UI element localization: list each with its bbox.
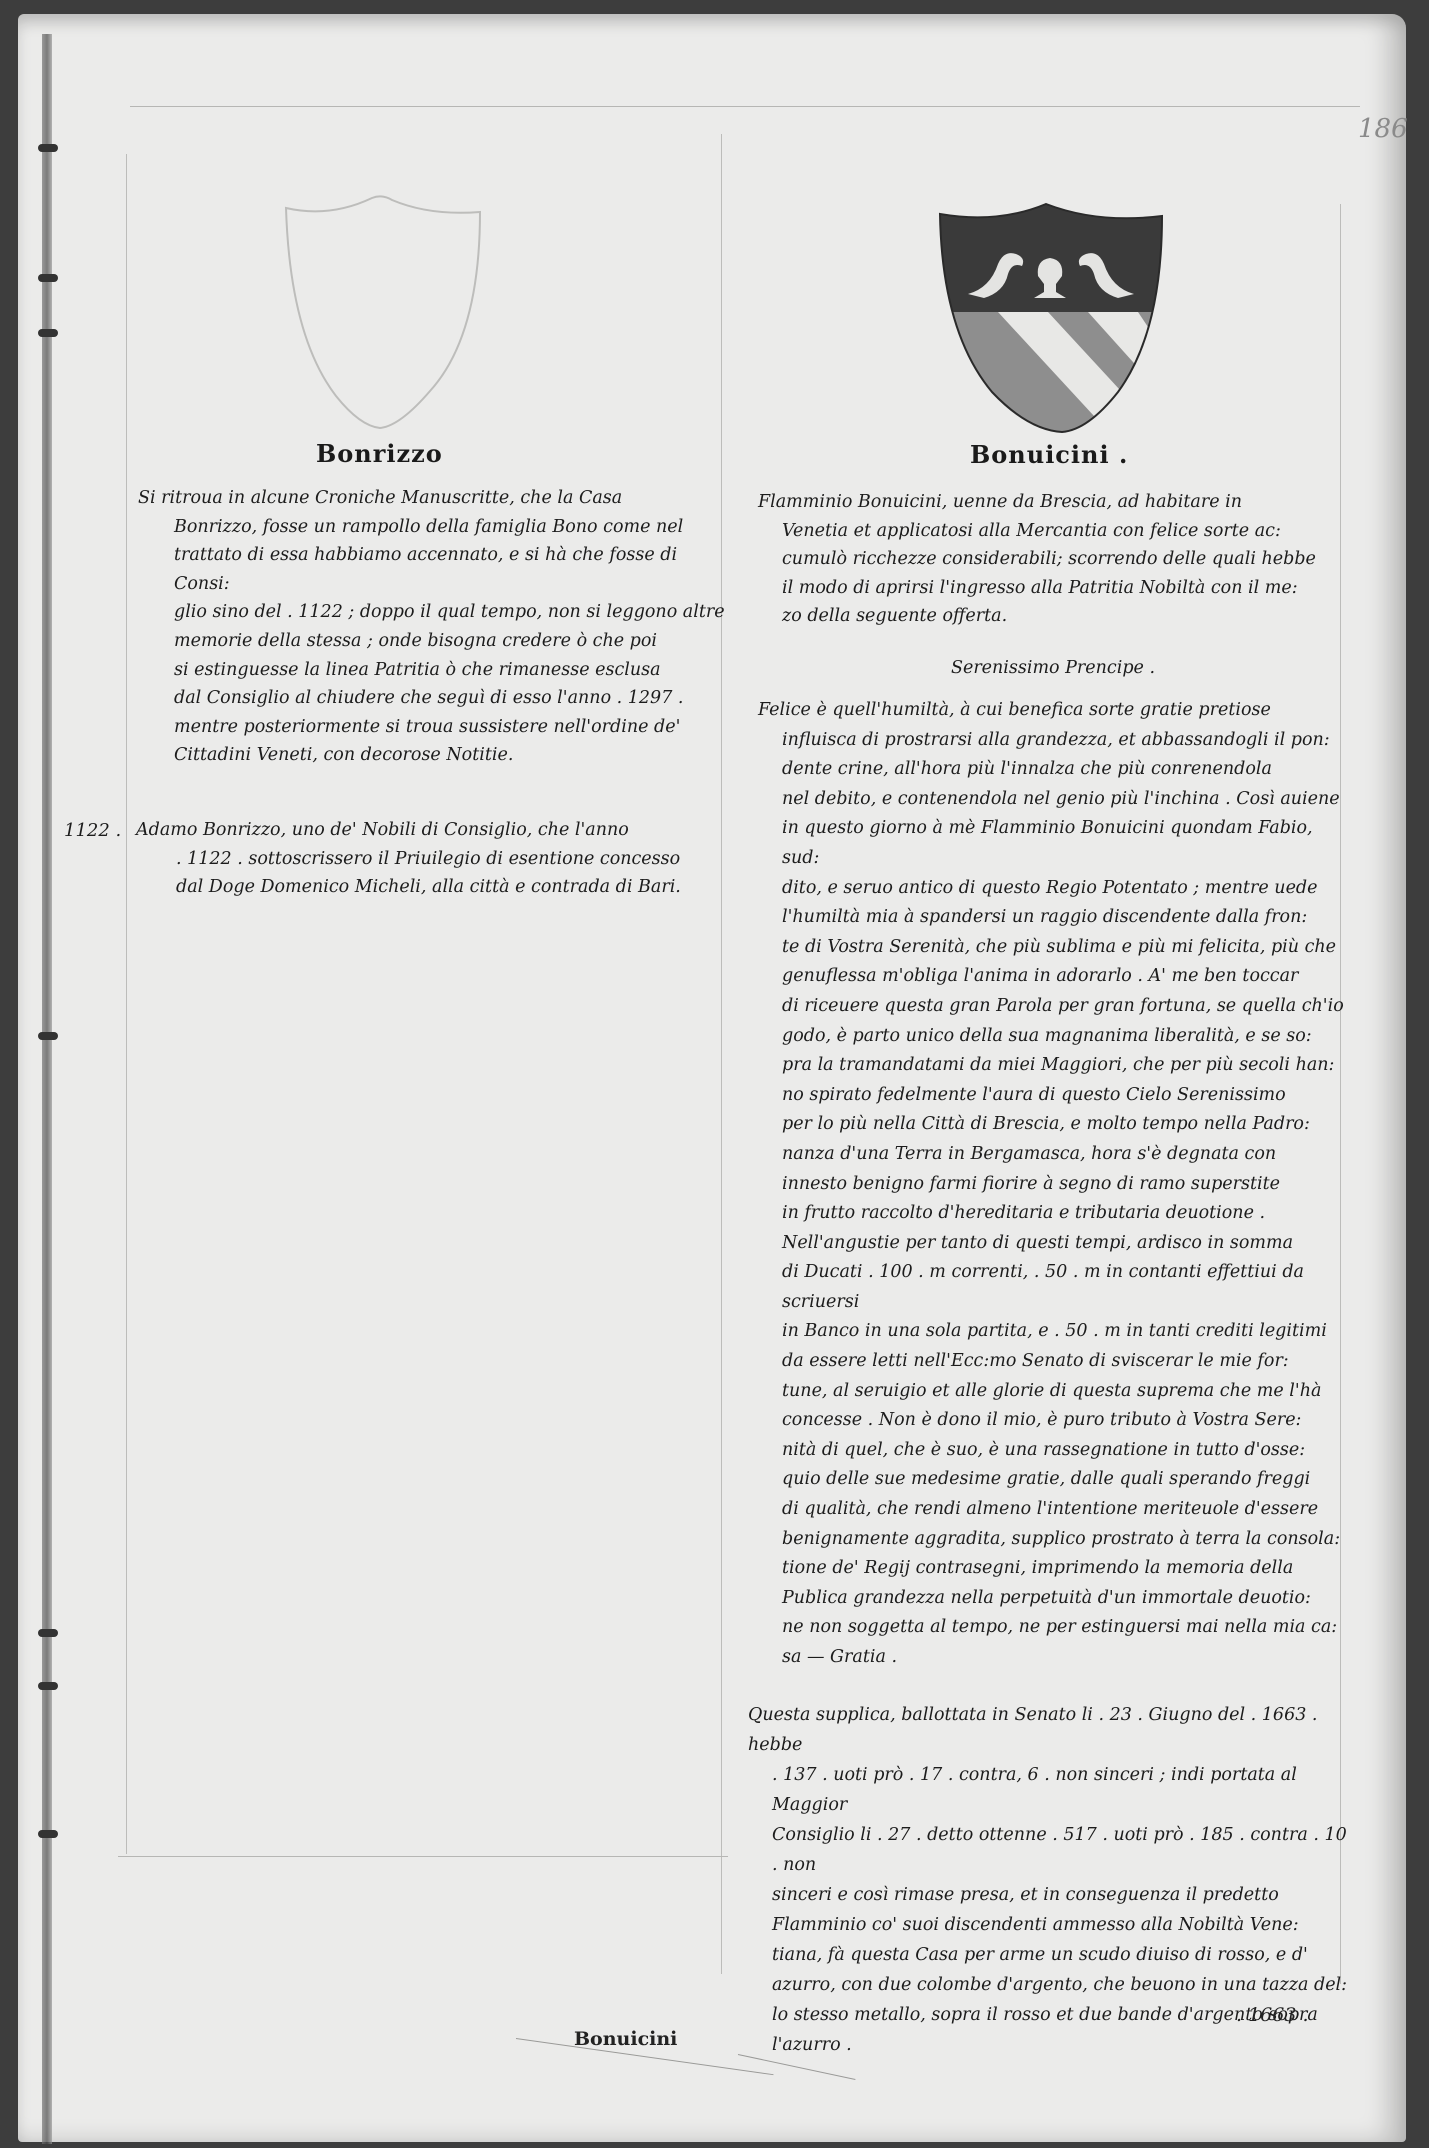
text-line: sinceri e così rimase presa, et in conse… [748, 1880, 1348, 1910]
folio-number: 186 [1358, 114, 1408, 144]
text-line: Adamo Bonrizzo, uno de' Nobili di Consig… [136, 816, 726, 845]
text-line: si estinguesse la linea Patritia ò che r… [138, 656, 728, 685]
bonuicini-coat-of-arms-icon [938, 202, 1164, 434]
text-line: Cittadini Veneti, con decorose Notitie. [138, 741, 728, 770]
text-line: dito, e seruo antico di questo Regio Pot… [758, 874, 1348, 904]
text-line: Felice è quell'humiltà, à cui benefica s… [758, 696, 1348, 726]
text-line: di Ducati . 100 . m correnti, . 50 . m i… [758, 1258, 1348, 1317]
text-line: in questo giorno à mè Flamminio Bonuicin… [758, 814, 1348, 873]
bottom-rule [118, 1856, 728, 1857]
text-line: di qualità, che rendi almeno l'intention… [758, 1495, 1348, 1525]
text-line: Venetia et applicatosi alla Mercantia co… [758, 517, 1348, 546]
petition-text: Felice è quell'humiltà, à cui benefica s… [758, 696, 1348, 1673]
binding-stitch [38, 1629, 58, 1637]
text-line: innesto benigno farmi fiorire à segno di… [758, 1170, 1348, 1200]
text-line: nel debito, e contenendola nel genio più… [758, 785, 1348, 815]
adamo-bonrizzo-entry: Adamo Bonrizzo, uno de' Nobili di Consig… [136, 816, 726, 902]
text-line: tione de' Regij contrasegni, imprimendo … [758, 1554, 1348, 1584]
text-line: godo, è parto unico della sua magnanima … [758, 1022, 1348, 1052]
manuscript-page: 186 Bonrizzo Si ritroua in alcune Cronic… [18, 14, 1406, 2142]
family-title-bonuicini: Bonuicini . [970, 440, 1128, 469]
top-rule [130, 106, 1360, 107]
text-line: Nell'angustie per tanto di questi tempi,… [758, 1229, 1348, 1259]
text-line: sa — Gratia . [758, 1643, 1348, 1673]
text-line: te di Vostra Serenità, che più sublima e… [758, 933, 1348, 963]
text-line: in frutto raccolto d'hereditaria e tribu… [758, 1199, 1348, 1229]
binding-stitch [38, 1682, 58, 1690]
text-line: no spirato fedelmente l'aura di questo C… [758, 1081, 1348, 1111]
text-line: dente crine, all'hora più l'innalza che … [758, 755, 1348, 785]
entry-date: 1122 . [64, 820, 121, 841]
binding-stitch [38, 1032, 58, 1040]
text-line: zo della seguente offerta. [758, 602, 1348, 631]
text-line: di riceuere questa gran Parola per gran … [758, 992, 1348, 1022]
text-line: nità di quel, che è suo, è una rassegnat… [758, 1436, 1348, 1466]
empty-shield-icon [280, 186, 490, 436]
left-margin-rule [126, 154, 127, 1854]
text-line: Flamminio co' suoi discendenti ammesso a… [748, 1910, 1348, 1940]
family-title-bonrizzo: Bonrizzo [316, 439, 443, 468]
text-line: dal Consiglio al chiudere che seguì di e… [138, 684, 728, 713]
text-line: . 137 . uoti prò . 17 . contra, 6 . non … [748, 1760, 1348, 1820]
text-line: glio sino del . 1122 ; doppo il qual tem… [138, 598, 728, 627]
text-line: per lo più nella Città di Brescia, e mol… [758, 1110, 1348, 1140]
text-line: Consiglio li . 27 . detto ottenne . 517 … [748, 1820, 1348, 1880]
binding-thread [42, 34, 52, 2144]
text-line: mentre posteriormente si troua sussister… [138, 713, 728, 742]
text-line: Publica grandezza nella perpetuità d'un … [758, 1584, 1348, 1614]
text-line: pra la tramandatami da miei Maggiori, ch… [758, 1051, 1348, 1081]
text-line: l'humiltà mia à spandersi un raggio disc… [758, 903, 1348, 933]
text-line: Flamminio Bonuicini, uenne da Brescia, a… [758, 488, 1348, 517]
text-line: ne non soggetta al tempo, ne per estingu… [758, 1613, 1348, 1643]
text-line: tiana, fà questa Casa per arme un scudo … [748, 1940, 1348, 1970]
text-line: Questa supplica, ballottata in Senato li… [748, 1700, 1348, 1760]
text-line: Bonrizzo, fosse un rampollo della famigl… [138, 513, 728, 542]
column-divider-rule [721, 134, 722, 1974]
bonrizzo-description: Si ritroua in alcune Croniche Manuscritt… [138, 484, 728, 770]
binding-stitch [38, 329, 58, 337]
text-line: cumulò ricchezze considerabili; scorrend… [758, 545, 1348, 574]
text-line: dal Doge Domenico Micheli, alla città e … [136, 873, 726, 902]
binding-stitch [38, 1830, 58, 1838]
text-line: trattato di essa habbiamo accennato, e s… [138, 541, 728, 598]
text-line: . 1122 . sottoscrissero il Priuilegio di… [136, 845, 726, 874]
text-line: Si ritroua in alcune Croniche Manuscritt… [138, 484, 728, 513]
salutation: Serenissimo Prencipe . [758, 654, 1348, 683]
text-line: l'azurro . [748, 2030, 1348, 2060]
catchword: Bonuicini [574, 2028, 677, 2050]
footer-year: . 1663 . [1236, 2004, 1309, 2026]
text-line: da essere letti nell'Ecc:mo Senato di sv… [758, 1347, 1348, 1377]
binding-stitch [38, 144, 58, 152]
text-line: tune, al seruigio et alle glorie di ques… [758, 1377, 1348, 1407]
text-line: concesse . Non è dono il mio, è puro tri… [758, 1406, 1348, 1436]
text-line: quio delle sue medesime gratie, dalle qu… [758, 1465, 1348, 1495]
text-line: memorie della stessa ; onde bisogna cred… [138, 627, 728, 656]
text-line: benignamente aggradita, supplico prostra… [758, 1525, 1348, 1555]
text-line: nanza d'una Terra in Bergamasca, hora s'… [758, 1140, 1348, 1170]
binding-stitch [38, 274, 58, 282]
bonuicini-introduction: Flamminio Bonuicini, uenne da Brescia, a… [758, 488, 1348, 631]
text-line: il modo di aprirsi l'ingresso alla Patri… [758, 574, 1348, 603]
text-line: genuflessa m'obliga l'anima in adorarlo … [758, 962, 1348, 992]
text-line: azurro, con due colombe d'argento, che b… [748, 1970, 1348, 2000]
text-line: influisca di prostrarsi alla grandezza, … [758, 726, 1348, 756]
text-line: in Banco in una sola partita, e . 50 . m… [758, 1317, 1348, 1347]
